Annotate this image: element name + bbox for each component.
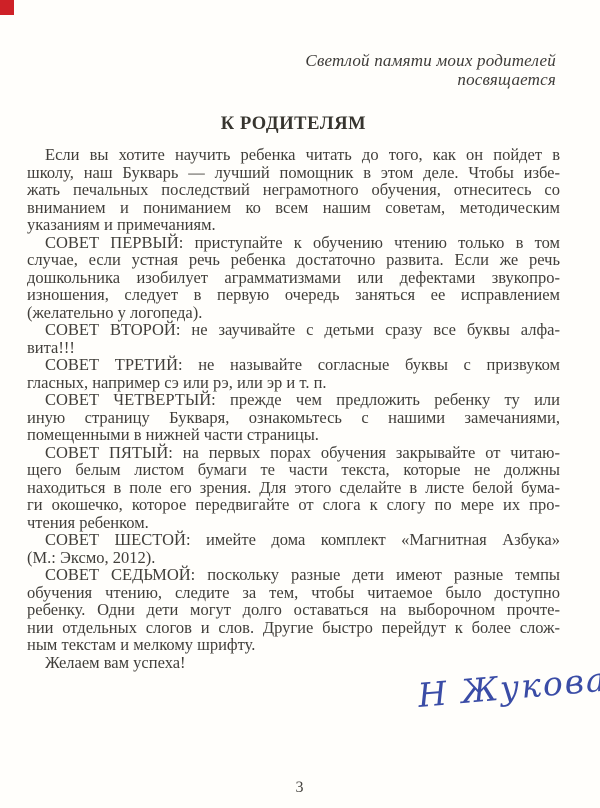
body-line: Желаем вам успеха!	[27, 654, 560, 672]
body-line: дошкольника изобилует аграмматизмами или…	[27, 269, 560, 287]
body-line: СОВЕТ ТРЕТИЙ: не называйте согласные бук…	[27, 356, 560, 374]
paragraph: СОВЕТ ЧЕТВЕРТЫЙ: прежде чем предложить р…	[27, 391, 560, 444]
body-line: ребенку. Одни дети могут долго оставатьс…	[27, 601, 560, 619]
body-line: указаниям и примечаниям.	[27, 216, 560, 234]
body-text: Если вы хотите научить ребенка читать до…	[27, 146, 560, 671]
dedication-line: Светлой памяти моих родителей	[305, 51, 556, 70]
paragraph: СОВЕТ ПЯТЫЙ: на первых порах обучения за…	[27, 444, 560, 532]
body-line: Если вы хотите научить ребенка читать до…	[27, 146, 560, 164]
body-line: нии отдельных слогов и слов. Другие быст…	[27, 619, 560, 637]
book-page: Светлой памяти моих родителей посвящаетс…	[0, 0, 600, 808]
paragraph: СОВЕТ ТРЕТИЙ: не называйте согласные бук…	[27, 356, 560, 391]
body-line: ным текстам и мелкому шрифту.	[27, 636, 560, 654]
paragraph: СОВЕТ ШЕСТОЙ: имейте дома комплект «Магн…	[27, 531, 560, 566]
red-corner-mark	[0, 0, 14, 15]
body-line: жать печальных последствий неграмотного …	[27, 181, 560, 199]
body-line: чтения ребенком.	[27, 514, 560, 532]
page-number: 3	[27, 779, 572, 797]
paragraph: Желаем вам успеха!	[27, 654, 560, 672]
body-line: СОВЕТ ПЕРВЫЙ: приступайте к обучению чте…	[27, 234, 560, 252]
body-line: школу, наш Букварь — лучший помощник в э…	[27, 164, 560, 182]
paragraph: СОВЕТ СЕДЬМОЙ: поскольку разные дети име…	[27, 566, 560, 654]
dedication: Светлой памяти моих родителей посвящаетс…	[305, 51, 556, 89]
body-line: случае, если устная речь ребенка достато…	[27, 251, 560, 269]
body-line: СОВЕТ СЕДЬМОЙ: поскольку разные дети име…	[27, 566, 560, 584]
chapter-heading: К РОДИТЕЛЯМ	[27, 114, 560, 135]
paragraph: СОВЕТ ВТОРОЙ: не заучивайте с детьми сра…	[27, 321, 560, 356]
body-line: гласных, например сэ или рэ, или эр и т.…	[27, 374, 560, 392]
body-line: обучения чтению, следите за тем, чтобы ч…	[27, 584, 560, 602]
body-line: ги окошечко, которое передвигайте от сло…	[27, 496, 560, 514]
body-line: вита!!!	[27, 339, 560, 357]
body-line: щего белым листом бумаги те части текста…	[27, 461, 560, 479]
body-line: помещенными в нижней части страницы.	[27, 426, 560, 444]
body-line: СОВЕТ ШЕСТОЙ: имейте дома комплект «Магн…	[27, 531, 560, 549]
body-line: СОВЕТ ПЯТЫЙ: на первых порах обучения за…	[27, 444, 560, 462]
body-line: СОВЕТ ЧЕТВЕРТЫЙ: прежде чем предложить р…	[27, 391, 560, 409]
body-line: иную страницу Букваря, ознакомьтесь с на…	[27, 409, 560, 427]
dedication-line: посвящается	[305, 70, 556, 89]
body-line: (желательно у логопеда).	[27, 304, 560, 322]
paragraph: Если вы хотите научить ребенка читать до…	[27, 146, 560, 234]
body-line: находиться в поле его зрения. Для этого …	[27, 479, 560, 497]
body-line: вниманием и пониманием ко всем нашим сов…	[27, 199, 560, 217]
body-line: СОВЕТ ВТОРОЙ: не заучивайте с детьми сра…	[27, 321, 560, 339]
paragraph: СОВЕТ ПЕРВЫЙ: приступайте к обучению чте…	[27, 234, 560, 322]
body-line: изношения, следует в первую очередь заня…	[27, 286, 560, 304]
body-line: (М.: Эксмо, 2012).	[27, 549, 560, 567]
